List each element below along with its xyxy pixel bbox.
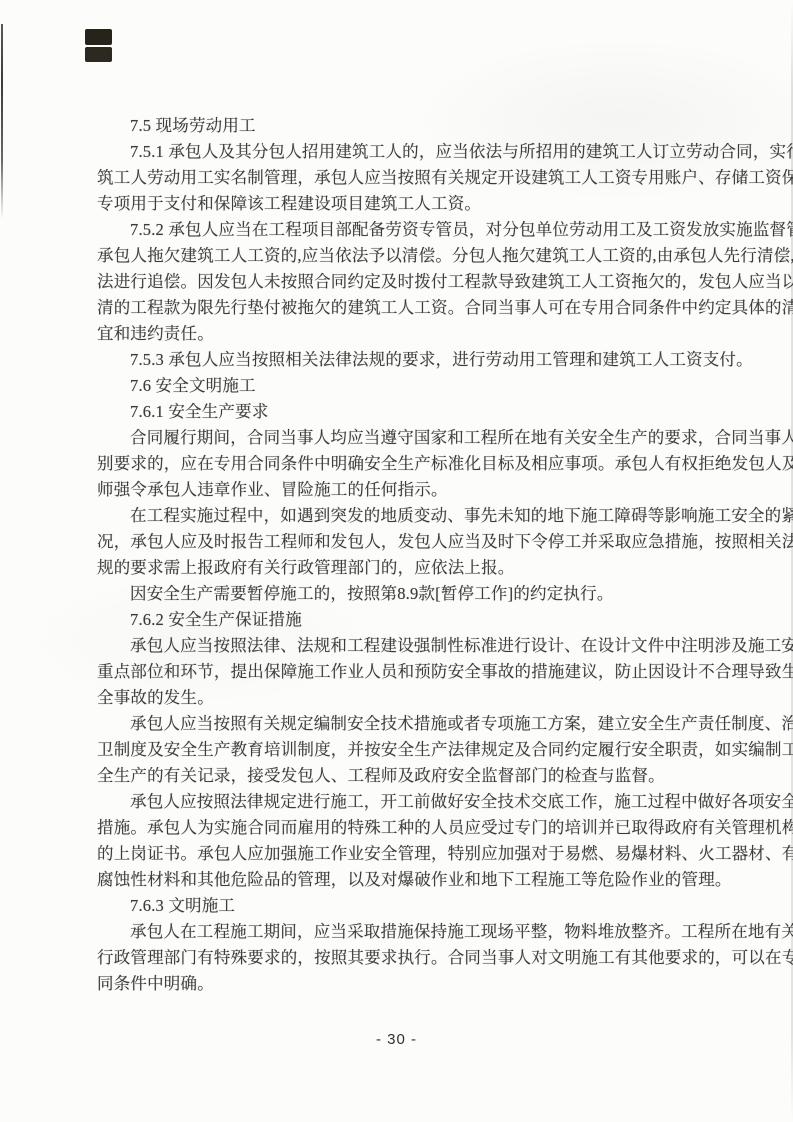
text-line: 筑工人劳动用工实名制管理，承包人应当按照有关规定开设建筑工人工资专用账户、存储工…	[97, 165, 717, 191]
scanned-document-page: 7.5 现场劳动用工7.5.1 承包人及其分包人招用建筑工人的，应当依法与所招用…	[0, 0, 793, 1122]
page-number: - 30 -	[0, 1031, 793, 1048]
text-line: 宜和违约责任。	[97, 321, 717, 347]
text-line: 腐蚀性材料和其他危险品的管理，以及对爆破作业和地下工程施工等危险作业的管理。	[97, 867, 717, 893]
text-line: 在工程实施过程中，如遇到突发的地质变动、事先未知的地下施工障碍等影响施工安全的紧…	[97, 503, 717, 529]
text-line: 措施。承包人为实施合同而雇用的特殊工种的人员应受过专门的培训并已取得政府有关管理…	[97, 815, 717, 841]
text-line: 的上岗证书。承包人应加强施工作业安全管理，特别应加强对于易燃、易爆材料、火工器材…	[97, 841, 717, 867]
text-line: 行政管理部门有特殊要求的，按照其要求执行。合同当事人对文明施工有其他要求的，可以…	[97, 945, 717, 971]
text-line: 师强令承包人违章作业、冒险施工的任何指示。	[97, 477, 717, 503]
text-line: 因安全生产需要暂停施工的，按照第8.9款[暂停工作]的约定执行。	[97, 581, 717, 607]
scan-corner-mark-top	[85, 29, 112, 45]
text-line: 况，承包人应及时报告工程师和发包人，发包人应当及时下令停工并采取应急措施，按照相…	[97, 529, 717, 555]
section-heading-line: 7.6.1 安全生产要求	[97, 399, 717, 425]
text-line: 重点部位和环节，提出保障施工作业人员和预防安全事故的措施建议，防止因设计不合理导…	[97, 659, 717, 685]
text-line: 同条件中明确。	[97, 971, 717, 997]
section-heading-line: 7.6 安全文明施工	[97, 373, 717, 399]
text-line: 7.5.2 承包人应当在工程项目部配备劳资专管员，对分包单位劳动用工及工资发放实…	[97, 217, 717, 243]
section-heading-line: 7.6.3 文明施工	[97, 893, 717, 919]
text-line: 承包人拖欠建筑工人工资的,应当依法予以清偿。分包人拖欠建筑工人工资的,由承包人先…	[97, 243, 717, 269]
section-heading-line: 7.6.2 安全生产保证措施	[97, 607, 717, 633]
text-line: 卫制度及安全生产教育培训制度，并按安全生产法律规定及合同约定履行安全职责，如实编…	[97, 737, 717, 763]
text-line: 7.5.3 承包人应当按照相关法律法规的要求，进行劳动用工管理和建筑工人工资支付…	[97, 347, 717, 373]
text-line: 专项用于支付和保障该工程建设项目建筑工人工资。	[97, 191, 717, 217]
scan-edge-artifact-left	[1, 24, 3, 219]
text-line: 承包人应当按照有关规定编制安全技术措施或者专项施工方案，建立安全生产责任制度、治…	[97, 711, 717, 737]
scan-corner-mark-bottom	[85, 47, 112, 62]
text-line: 全事故的发生。	[97, 685, 717, 711]
text-line: 规的要求需上报政府有关行政管理部门的，应依法上报。	[97, 555, 717, 581]
text-line: 承包人应按照法律规定进行施工，开工前做好安全技术交底工作，施工过程中做好各项安全…	[97, 789, 717, 815]
section-heading-line: 7.5 现场劳动用工	[97, 113, 717, 139]
text-line: 别要求的，应在专用合同条件中明确安全生产标准化目标及相应事项。承包人有权拒绝发包…	[97, 451, 717, 477]
text-line: 清的工程款为限先行垫付被拖欠的建筑工人工资。合同当事人可在专用合同条件中约定具体…	[97, 295, 717, 321]
text-line: 全生产的有关记录，接受发包人、工程师及政府安全监督部门的检查与监督。	[97, 763, 717, 789]
contract-text-body: 7.5 现场劳动用工7.5.1 承包人及其分包人招用建筑工人的，应当依法与所招用…	[97, 113, 717, 997]
text-line: 7.5.1 承包人及其分包人招用建筑工人的，应当依法与所招用的建筑工人订立劳动合…	[97, 139, 717, 165]
text-line: 承包人应当按照法律、法规和工程建设强制性标准进行设计、在设计文件中注明涉及施工安…	[97, 633, 717, 659]
text-line: 法进行追偿。因发包人未按照合同约定及时拨付工程款导致建筑工人工资拖欠的，发包人应…	[97, 269, 717, 295]
text-line: 合同履行期间，合同当事人均应当遵守国家和工程所在地有关安全生产的要求，合同当事人…	[97, 425, 717, 451]
text-line: 承包人在工程施工期间，应当采取措施保持施工现场平整，物料堆放整齐。工程所在地有关…	[97, 919, 717, 945]
